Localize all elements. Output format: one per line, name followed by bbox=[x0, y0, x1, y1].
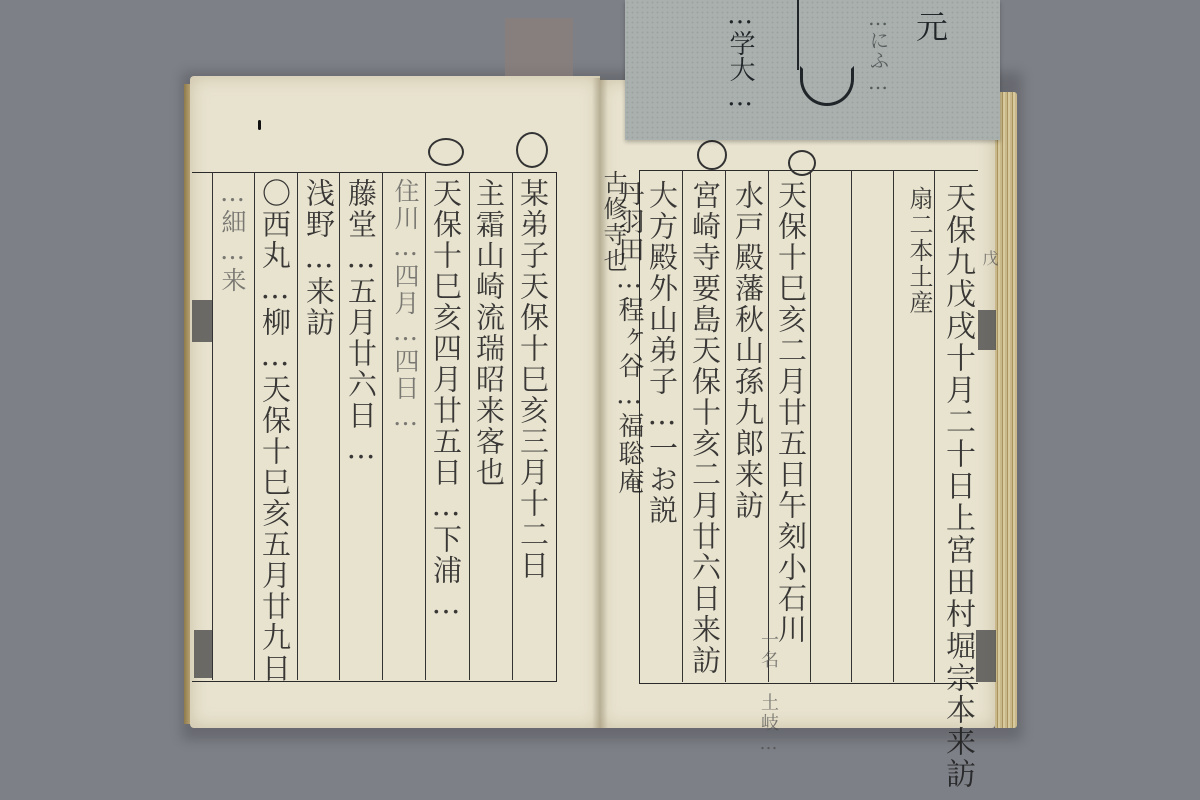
ink-mark bbox=[258, 120, 261, 130]
column-rule bbox=[810, 170, 811, 682]
circle-mark bbox=[788, 150, 816, 176]
column-rule bbox=[297, 172, 298, 680]
text-column: 天保十巳亥二月廿五日午刻小石川 bbox=[774, 180, 808, 645]
text-column: 主霜山崎流瑞昭来客也 bbox=[472, 178, 506, 488]
text-column: 天保九戊戌十月二十日上宮田村堀宗本来訪 bbox=[940, 182, 974, 790]
fishtail-mark bbox=[976, 630, 996, 682]
slip-text-column: …にふ… bbox=[860, 6, 896, 94]
column-rule bbox=[254, 172, 255, 680]
text-column: 藤堂…五月廿六日… bbox=[344, 178, 378, 467]
column-rule bbox=[725, 170, 726, 682]
text-column: 水戸殿藩秋山孫九郎来訪 bbox=[731, 180, 765, 521]
slip-brush-stroke bbox=[797, 0, 799, 70]
text-column: 某弟子天保十巳亥三月十二日 bbox=[516, 178, 550, 581]
column-rule bbox=[512, 172, 513, 680]
fishtail-mark bbox=[978, 310, 996, 350]
library-label-tag bbox=[505, 18, 573, 78]
text-column: …細…来 bbox=[215, 178, 249, 294]
text-column: 古修寺也 bbox=[596, 170, 630, 274]
column-rule bbox=[425, 172, 426, 680]
book-photograph: 某弟子天保十巳亥三月十二日 主霜山崎流瑞昭来客也 天保十巳亥四月廿五日…下浦… … bbox=[0, 0, 1200, 800]
column-rule bbox=[469, 172, 470, 680]
column-rule bbox=[851, 170, 852, 682]
text-column: 〇西丸…柳…天保十巳亥五月廿九日 bbox=[258, 178, 292, 684]
slip-text-column: …学大… bbox=[722, 0, 758, 112]
circle-mark bbox=[697, 140, 727, 170]
column-rule bbox=[768, 170, 769, 682]
text-column: 住川…四月…四日… bbox=[388, 178, 422, 433]
fishtail-mark bbox=[192, 300, 212, 342]
column-rule bbox=[339, 172, 340, 680]
fishtail-mark bbox=[194, 630, 212, 678]
interlinear-note: 一名 土岐… bbox=[758, 630, 778, 756]
margin-note: 戊 bbox=[980, 250, 998, 268]
text-column: 宮崎寺要島天保十亥二月廿六日来訪 bbox=[688, 180, 722, 676]
slip-text-column: 元 bbox=[912, 10, 948, 42]
page-edge-stack bbox=[995, 92, 1017, 728]
column-rule bbox=[682, 170, 683, 682]
column-rule bbox=[382, 172, 383, 680]
text-column: 大方殿外山弟子…一お説 bbox=[645, 180, 679, 526]
circle-mark bbox=[516, 132, 548, 168]
text-column: 天保十巳亥四月廿五日…下浦… bbox=[429, 178, 463, 622]
column-rule bbox=[893, 170, 894, 682]
text-column: 浅野…来訪 bbox=[302, 178, 336, 338]
column-rule bbox=[212, 172, 213, 680]
circle-mark bbox=[428, 138, 464, 166]
text-column: 扇二本土産 bbox=[902, 186, 936, 316]
